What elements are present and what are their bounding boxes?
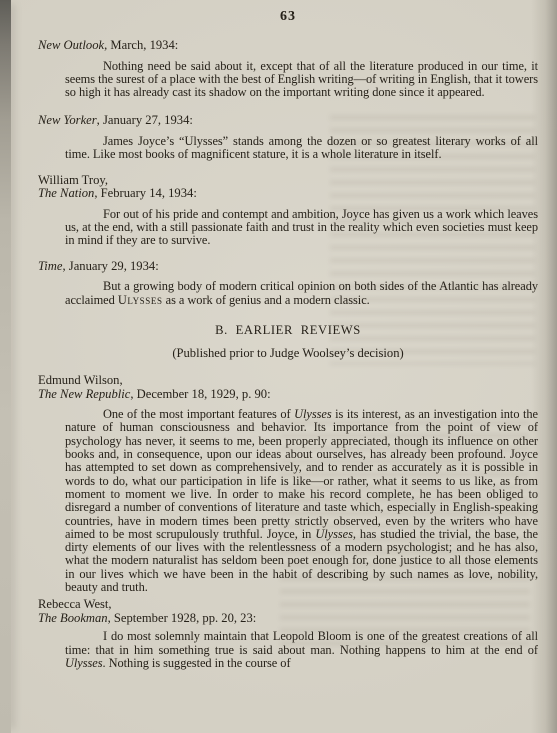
book-gutter-edge [0,0,11,733]
citation-line: The New Republic, December 18, 1929, p. … [38,388,538,402]
scanned-book-page: 63 New Outlook, March, 1934: Nothing nee… [0,0,557,733]
citation-line: The Bookman, September 1928, pp. 20, 23: [38,612,538,626]
citation-line: New Yorker, January 27, 1934: [38,114,538,128]
review-new-yorker: New Yorker, January 27, 1934: James Joyc… [38,114,538,161]
review-time: Time, January 29, 1934: But a growing bo… [38,260,538,307]
section-subtitle: (Published prior to Judge Woolsey’s deci… [38,346,538,361]
quote-paragraph: For out of his pride and contempt and am… [65,208,538,248]
citation-line: Time, January 29, 1934: [38,260,538,274]
review-citation: New Outlook, March, 1934: [38,39,538,53]
review-citation: Edmund Wilson, The New Republic, Decembe… [38,374,538,401]
citation-line: The Nation, February 14, 1934: [38,187,538,201]
review-citation: William Troy, The Nation, February 14, 1… [38,174,538,201]
citation-line: William Troy, [38,174,538,188]
review-citation: Rebecca West, The Bookman, September 192… [38,598,538,625]
quote-paragraph: But a growing body of modern critical op… [65,280,538,307]
review-the-bookman: Rebecca West, The Bookman, September 192… [38,598,538,670]
page-number: 63 [38,0,538,25]
quote-paragraph: One of the most important features of Ul… [65,408,538,594]
review-new-republic: Edmund Wilson, The New Republic, Decembe… [38,374,538,594]
quote-paragraph: Nothing need be said about it, except th… [65,60,538,100]
quote-paragraph: I do most solemnly maintain that Leopold… [65,630,538,670]
review-new-outlook: New Outlook, March, 1934: Nothing need b… [38,39,538,99]
section-heading: B. EARLIER REVIEWS [38,323,538,338]
citation-line: New Outlook, March, 1934: [38,39,538,53]
citation-line: Rebecca West, [38,598,538,612]
page-curve-shadow [531,0,557,733]
citation-line: Edmund Wilson, [38,374,538,388]
review-citation: Time, January 29, 1934: [38,260,538,274]
review-the-nation: William Troy, The Nation, February 14, 1… [38,174,538,248]
quote-paragraph: James Joyce’s “Ulysses” stands among the… [65,135,538,162]
review-citation: New Yorker, January 27, 1934: [38,114,538,128]
page-content: 63 New Outlook, March, 1934: Nothing nee… [38,0,538,670]
